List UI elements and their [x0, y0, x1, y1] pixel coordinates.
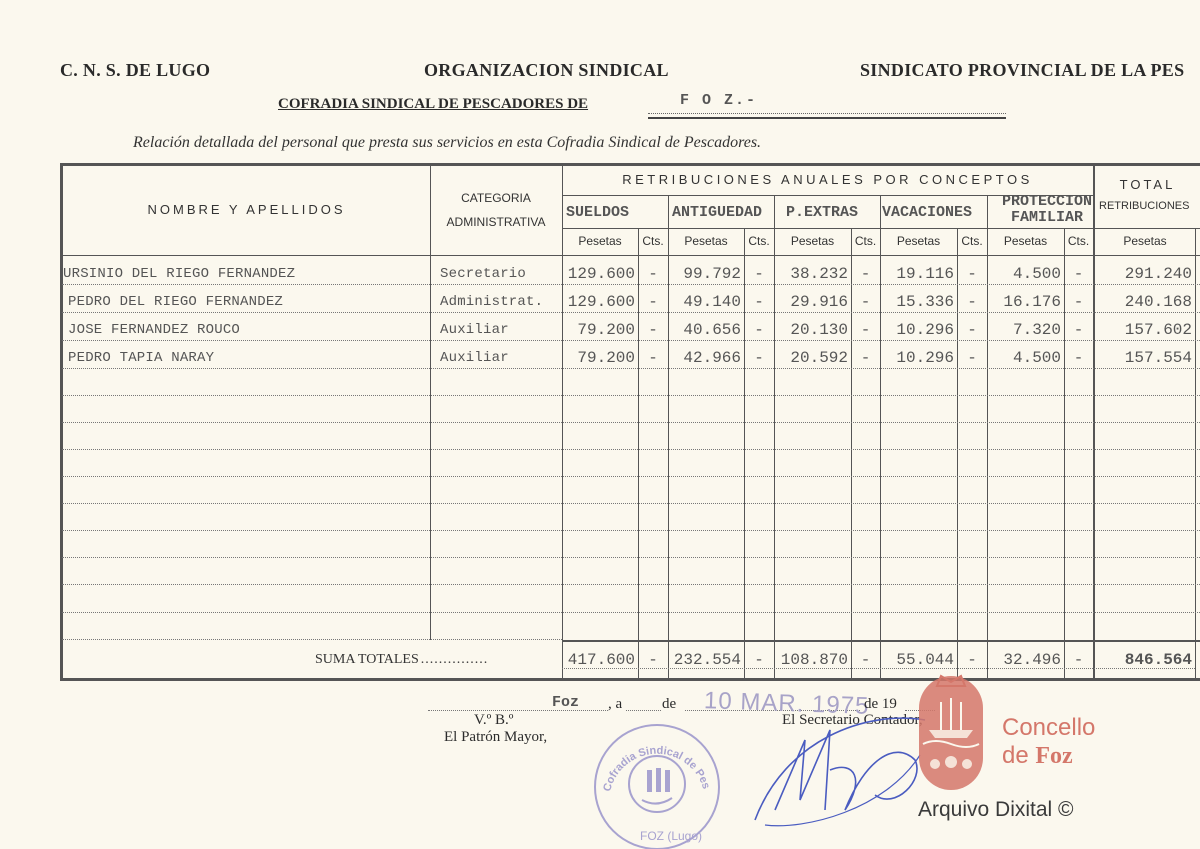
row-name: PEDRO TAPIA NARAY: [68, 346, 430, 370]
total-header-2: RETRIBUCIONES: [1095, 196, 1200, 218]
totals-top-line: [562, 640, 1200, 642]
concello-line1: Concello: [1002, 716, 1095, 740]
total-cts: -: [638, 648, 668, 672]
total-sueldos: 417.600: [562, 648, 638, 672]
vb-label: V.º B.º: [474, 712, 513, 729]
row-sueldos: 129.600: [562, 262, 638, 286]
row-antiguedad: 42.966: [668, 346, 744, 370]
row-category: Auxiliar: [440, 318, 562, 342]
row-cts: -: [744, 262, 774, 286]
concept-sueldos: SUELDOS: [566, 196, 666, 228]
concept-proteccion: PROTECCION FAMILIAR: [992, 188, 1102, 232]
row-proteccion: 16.176: [987, 290, 1064, 314]
total-extras: 108.870: [774, 648, 851, 672]
row-total: 291.240: [1095, 262, 1195, 286]
col-header-category-2: ADMINISTRATIVA: [430, 214, 562, 232]
row-cts: -: [638, 290, 668, 314]
row-line: [62, 584, 1200, 585]
row-cts: -: [1064, 318, 1093, 342]
total-proteccion: 32.496: [987, 648, 1064, 672]
row-extras: 20.592: [774, 346, 851, 370]
totals-dots: ...............: [421, 652, 489, 668]
row-line: [62, 612, 1200, 613]
row-line: [62, 395, 1200, 396]
row-cts: -: [851, 290, 880, 314]
total-header-1: TOTAL: [1095, 172, 1200, 198]
concello-line2-bold: Foz: [1035, 743, 1072, 769]
sub-pesetas-total: Pesetas: [1095, 229, 1195, 255]
row-sueldos: 79.200: [562, 318, 638, 342]
total-vacaciones: 55.044: [880, 648, 957, 672]
row-total: 157.554: [1095, 346, 1195, 370]
concept-antiguedad: ANTIGUEDAD: [672, 196, 782, 228]
cofradia-label: COFRADIA SINDICAL DE PESCADORES DE: [278, 96, 588, 113]
row-category: Auxiliar: [440, 346, 562, 370]
row-cts: -: [638, 346, 668, 370]
col-divider: [1195, 228, 1196, 678]
concept-vacaciones: VACACIONES: [882, 196, 992, 228]
sub-cts: Cts.: [957, 229, 987, 255]
cofradia-value: F O Z.-: [680, 92, 757, 109]
row-total: 240.168: [1095, 290, 1195, 314]
row-cts: -: [957, 262, 987, 286]
row-proteccion: 4.500: [987, 262, 1064, 286]
grand-total: 846.564: [1095, 648, 1195, 672]
row-line: [62, 530, 1200, 531]
row-vacaciones: 10.296: [880, 346, 957, 370]
cofradia-underline: [648, 117, 1006, 119]
row-cts: -: [851, 318, 880, 342]
row-name: JOSE FERNANDEZ ROUCO: [68, 318, 430, 342]
header-left: C. N. S. DE LUGO: [60, 60, 210, 81]
row-sueldos: 129.600: [562, 290, 638, 314]
row-extras: 38.232: [774, 262, 851, 286]
sub-pesetas: Pesetas: [987, 229, 1064, 255]
row-antiguedad: 40.656: [668, 318, 744, 342]
description: Relación detallada del personal que pres…: [133, 134, 761, 152]
header-center: ORGANIZACION SINDICAL: [424, 60, 669, 81]
col-header-category-1: CATEGORIA: [430, 190, 562, 208]
de-label: de: [662, 696, 676, 713]
place-value: Foz: [552, 694, 579, 711]
row-line: [62, 557, 1200, 558]
signature-icon: [745, 700, 935, 840]
row-vacaciones: 19.116: [880, 262, 957, 286]
col-divider: [430, 166, 431, 640]
concello-line2-prefix: de: [1002, 742, 1035, 769]
row-line: [62, 422, 1200, 423]
cofradia-dotline: [648, 113, 1006, 114]
row-line: [62, 639, 562, 640]
row-line: [62, 449, 1200, 450]
total-cts: -: [744, 648, 774, 672]
row-proteccion: 4.500: [987, 346, 1064, 370]
sub-pesetas: Pesetas: [562, 229, 638, 255]
row-antiguedad: 99.792: [668, 262, 744, 286]
day-line: [626, 710, 661, 711]
sub-pesetas: Pesetas: [668, 229, 744, 255]
totals-label: SUMA TOTALES ...............: [315, 648, 488, 672]
table-bottom-border: [60, 678, 1200, 681]
total-antiguedad: 232.554: [668, 648, 744, 672]
row-extras: 29.916: [774, 290, 851, 314]
sub-cts: Cts.: [1064, 229, 1093, 255]
row-vacaciones: 15.336: [880, 290, 957, 314]
sub-cts: Cts.: [744, 229, 774, 255]
row-vacaciones: 10.296: [880, 318, 957, 342]
concept-extras: P.EXTRAS: [786, 196, 881, 228]
patron-label: El Patrón Mayor,: [444, 729, 547, 746]
row-line: [62, 476, 1200, 477]
row-cts: -: [744, 290, 774, 314]
row-cts: -: [851, 262, 880, 286]
row-cts: -: [744, 346, 774, 370]
row-category: Secretario: [440, 262, 562, 286]
row-cts: -: [744, 318, 774, 342]
total-cts: -: [851, 648, 880, 672]
archive-label: Arquivo Dixital ©: [918, 798, 1074, 822]
row-cts: -: [957, 290, 987, 314]
row-total: 157.602: [1095, 318, 1195, 342]
total-cts: -: [957, 648, 987, 672]
sub-cts: Cts.: [851, 229, 880, 255]
svg-text:FOZ (Lugo): FOZ (Lugo): [640, 829, 702, 843]
place-a: , a: [608, 696, 622, 713]
row-extras: 20.130: [774, 318, 851, 342]
row-antiguedad: 49.140: [668, 290, 744, 314]
row-cts: -: [851, 346, 880, 370]
row-category: Administrat.: [440, 290, 562, 314]
row-line: [62, 503, 1200, 504]
sub-pesetas: Pesetas: [880, 229, 957, 255]
row-cts: -: [638, 262, 668, 286]
row-cts: -: [638, 318, 668, 342]
cofradia-seal-icon: Cofradia Sindical de Pescadores FOZ (Lug…: [592, 722, 722, 849]
header-bottom-line: [60, 255, 1200, 256]
row-name: PEDRO DEL RIEGO FERNANDEZ: [68, 290, 430, 314]
row-name: URSINIO DEL RIEGO FERNANDEZ: [63, 262, 430, 286]
row-cts: -: [1064, 346, 1093, 370]
place-line: [428, 710, 608, 711]
row-cts: -: [957, 346, 987, 370]
header-right: SINDICATO PROVINCIAL DE LA PES: [860, 60, 1184, 81]
total-cts: -: [1064, 648, 1093, 672]
sub-cts: Cts.: [638, 229, 668, 255]
row-cts: -: [957, 318, 987, 342]
row-cts: -: [1064, 262, 1093, 286]
concello-crest-icon: [915, 672, 987, 792]
row-sueldos: 79.200: [562, 346, 638, 370]
concello-line2: de Foz: [1002, 744, 1073, 768]
row-proteccion: 7.320: [987, 318, 1064, 342]
row-cts: -: [1064, 290, 1093, 314]
totals-label-text: SUMA TOTALES: [315, 652, 419, 668]
sub-pesetas: Pesetas: [774, 229, 851, 255]
col-header-name: NOMBRE Y APELLIDOS: [63, 166, 430, 255]
